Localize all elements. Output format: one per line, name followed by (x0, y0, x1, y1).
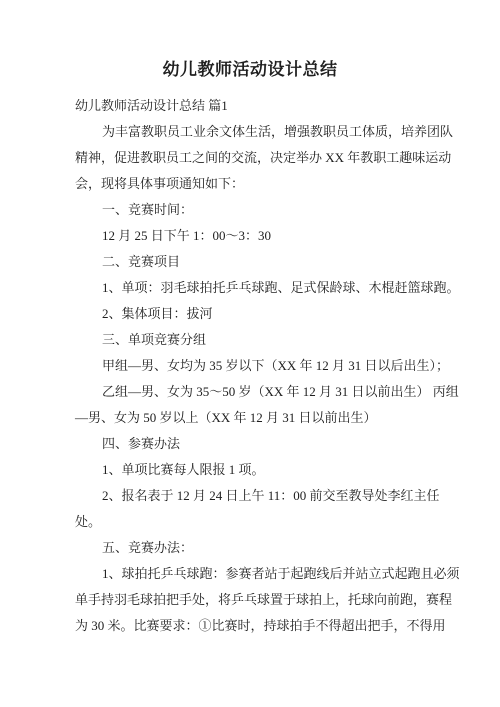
text-line: 会，现将具体事项通知如下： (75, 171, 440, 197)
text-line: 三、单项竞赛分组 (75, 327, 440, 353)
text-line: 2、报名表于 12 月 24 日上午 11：00 前交至教导处李红主任 (75, 483, 440, 509)
text-line: 甲组—男、女均为 35 岁以下（XX 年 12 月 31 日以后出生）； (75, 353, 440, 379)
text-line: 1、单项比赛每人限报 1 项。 (75, 457, 440, 483)
text-line: 为丰富教职员工业余文体生活，增强教职员工体质，培养团队 (75, 119, 440, 145)
text-line: 1、单项：羽毛球拍托乒乓球跑、足式保龄球、木棍赶篮球跑。 (75, 275, 440, 301)
document-subtitle: 幼儿教师活动设计总结 篇1 (75, 93, 440, 119)
text-line: 二、竞赛项目 (75, 249, 440, 275)
document-body: 幼儿教师活动设计总结 篇1 为丰富教职员工业余文体生活，增强教职员工体质，培养团… (75, 93, 440, 639)
text-line: 五、竞赛办法： (75, 535, 440, 561)
document-page: 幼儿教师活动设计总结 幼儿教师活动设计总结 篇1 为丰富教职员工业余文体生活，增… (0, 0, 500, 707)
text-line: —男、女为 50 岁以上（XX 年 12 月 31 日以前出生） (75, 405, 440, 431)
text-line: 12 月 25 日下午 1：00～3：30 (75, 223, 440, 249)
document-title: 幼儿教师活动设计总结 (0, 58, 500, 82)
text-line: 单手持羽毛球拍把手处，将乒乓球置于球拍上，托球向前跑，赛程 (75, 587, 440, 613)
text-line: 乙组—男、女为 35～50 岁（XX 年 12 月 31 日以前出生） 丙组 (75, 379, 440, 405)
text-line: 为 30 米。比赛要求：①比赛时，持球拍手不得超出把手，不得用 (75, 613, 440, 639)
text-line: 精神，促进教职员工之间的交流，决定举办 XX 年教职工趣味运动 (75, 145, 440, 171)
text-line: 1、球拍托乒乓球跑：参赛者站于起跑线后并站立式起跑且必须 (75, 561, 440, 587)
text-line: 处。 (75, 509, 440, 535)
text-line: 四、参赛办法 (75, 431, 440, 457)
text-line: 2、集体项目：拔河 (75, 301, 440, 327)
text-line: 一、竞赛时间： (75, 197, 440, 223)
